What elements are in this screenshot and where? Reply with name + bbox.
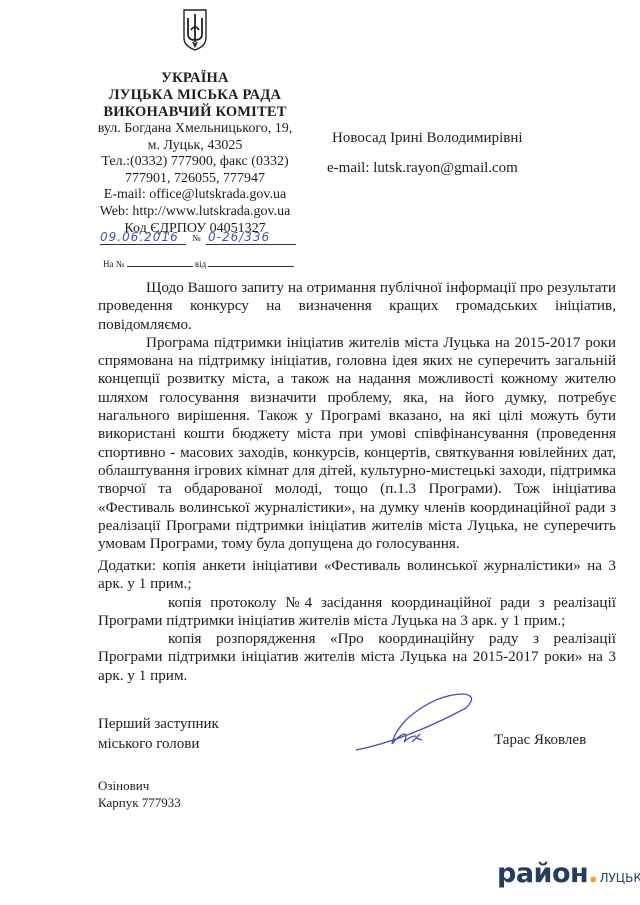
recipient-name: Новосад Ірині Володимирівні bbox=[332, 128, 523, 148]
from-blank bbox=[208, 258, 294, 267]
registration-number-label: № bbox=[192, 233, 201, 243]
rayon-lutsk-logo: район.ЛУЦЬК bbox=[497, 858, 640, 889]
executor-name: Озінович bbox=[98, 777, 181, 794]
letterhead: УКРАЇНА ЛУЦЬКА МІСЬКА РАДА ВИКОНАВЧИЙ КО… bbox=[70, 8, 320, 237]
country-name: УКРАЇНА bbox=[70, 70, 320, 87]
attachment-3: копія розпорядження «Про координаційну р… bbox=[98, 630, 616, 685]
registration-number: 0-26/336 bbox=[206, 230, 296, 245]
office-email: E-mail: office@lutskrada.gov.ua bbox=[70, 187, 320, 204]
from-label: від bbox=[195, 259, 206, 269]
attachments: Додатки: копія анкети ініціативи «Фестив… bbox=[98, 557, 616, 685]
logo-city: ЛУЦЬК bbox=[599, 871, 640, 885]
signatory-title-line-1: Перший заступник bbox=[98, 714, 219, 734]
logo-brand: район bbox=[497, 858, 588, 889]
recipient-email: e-mail: lutsk.rayon@gmail.com bbox=[327, 160, 518, 177]
address-line-2: м. Луцьк, 43025 bbox=[70, 138, 320, 155]
reply-to-label: На № bbox=[103, 259, 124, 269]
logo-dot: . bbox=[588, 858, 598, 889]
attachment-2: копія протоколу №4 засідання координацій… bbox=[98, 594, 616, 631]
reply-reference-line: На № від bbox=[103, 258, 303, 269]
body-paragraph-1: Щодо Вашого запиту на отримання публічно… bbox=[98, 279, 616, 334]
signatory-name: Тарас Яковлев bbox=[494, 732, 586, 749]
registration-date: 09.06.2016 bbox=[100, 230, 186, 245]
executor-contact: Карпук 777933 bbox=[98, 794, 181, 811]
phone-line-1: Тел.:(0332) 777900, факс (0332) bbox=[70, 154, 320, 171]
trident-emblem-icon bbox=[182, 8, 208, 52]
phone-line-2: 777901, 726055, 777947 bbox=[70, 171, 320, 188]
attachment-1: Додатки: копія анкети ініціативи «Фестив… bbox=[98, 557, 616, 594]
handwritten-signature-icon bbox=[346, 688, 486, 758]
signatory-title: Перший заступник міського голови bbox=[98, 714, 219, 754]
letter-body: Щодо Вашого запиту на отримання публічно… bbox=[98, 279, 616, 553]
body-paragraph-2: Програма підтримки ініціатив жителів міс… bbox=[98, 334, 616, 554]
signatory-title-line-2: міського голови bbox=[98, 734, 219, 754]
registration-line: 09.06.2016 № 0-26/336 bbox=[100, 230, 300, 246]
address-line-1: вул. Богдана Хмельницького, 19, bbox=[70, 121, 320, 138]
executor-info: Озінович Карпук 777933 bbox=[98, 777, 181, 811]
reply-to-blank bbox=[127, 258, 193, 267]
website: Web: http://www.lutskrada.gov.ua bbox=[70, 204, 320, 221]
committee-name: ВИКОНАВЧИЙ КОМІТЕТ bbox=[70, 104, 320, 121]
council-name: ЛУЦЬКА МІСЬКА РАДА bbox=[70, 87, 320, 104]
